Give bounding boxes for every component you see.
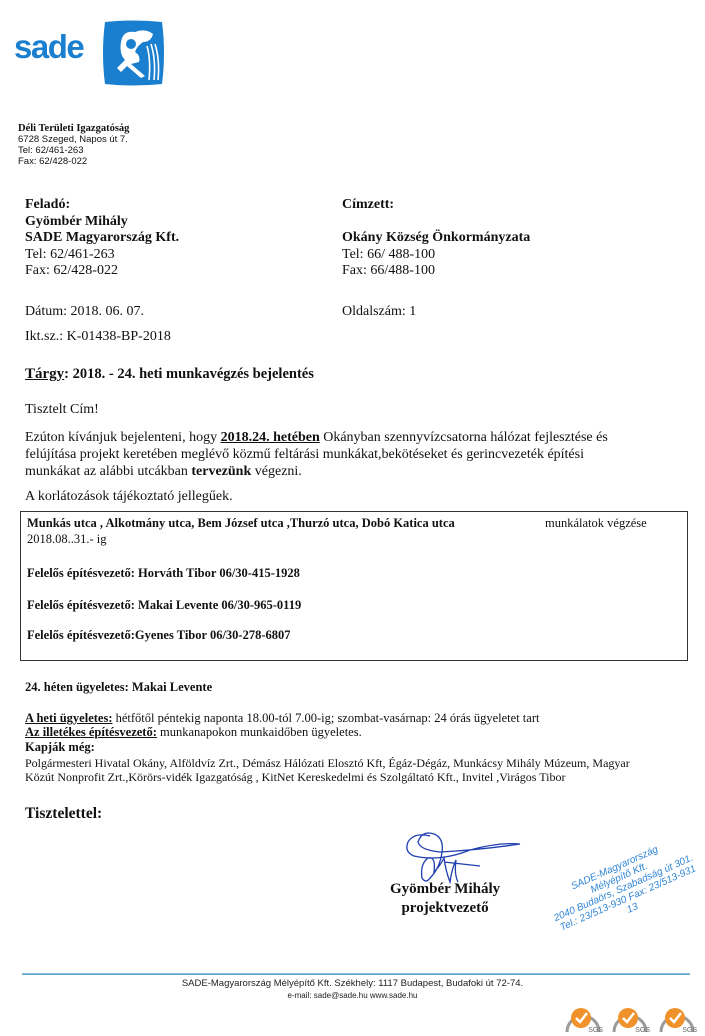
weekly-duty: A heti ügyeletes: hétfőtől péntekig napo… <box>25 711 705 725</box>
closing-salutation: Tisztelettel: <box>25 805 102 823</box>
weekly-duty-label: A heti ügyeletes: <box>25 711 112 725</box>
reference-number: Ikt.sz.: K-01438-BP-2018 <box>25 329 171 345</box>
intro-text-2: Okányban szennyvízcsatorna hálózat fejle… <box>320 430 608 445</box>
manager-duty: Az illetékes építésvezető: munkanapokon … <box>25 725 705 739</box>
greeting: Tisztelt Cím! <box>25 401 695 418</box>
cert-label: SGS <box>635 1027 650 1034</box>
work-label: munkálatok végzése <box>545 516 647 531</box>
cc-list: Polgármesteri Hivatal Okány, Alföldvíz Z… <box>25 756 705 784</box>
brand-wordmark: sade <box>14 28 83 66</box>
company-stamp: SADE-Magyarország Mélyépítő Kft. 2040 Bu… <box>500 850 700 950</box>
intro-week: 2018.24. hetében <box>221 430 320 445</box>
manager-duty-text: munkanapokon munkaidőben ügyeletes. <box>157 725 362 739</box>
recipient-block: Címzett: Okány Község Önkormányzata Tel:… <box>342 197 530 280</box>
site-manager-1: Felelős építésvezető: Horváth Tibor 06/3… <box>27 566 300 581</box>
sender-company: SADE Magyarország Kft. <box>25 230 179 247</box>
branch-fax: Fax: 62/428-022 <box>18 156 129 167</box>
work-details-box: Munkás utca , Alkotmány utca, Bem József… <box>20 511 688 661</box>
cc-line-1: Polgármesteri Hivatal Okány, Alföldvíz Z… <box>25 756 705 770</box>
subject-label: Tárgy <box>25 366 64 382</box>
site-manager-3: Felelős építésvezető:Gyenes Tibor 06/30-… <box>27 628 291 643</box>
sender-name: Gyömbér Mihály <box>25 214 179 231</box>
branch-name: Déli Területi Igazgatóság <box>18 123 129 134</box>
intro-line-3a: munkákat az alábbi utcákban <box>25 464 191 479</box>
street-list-line: Munkás utca , Alkotmány utca, Bem József… <box>27 516 687 531</box>
certification-badge-3: SGS <box>657 996 697 1034</box>
restriction-note: A korlátozások tájékoztató jellegűek. <box>25 488 695 505</box>
intro-paragraph: Ezúton kívánjuk bejelenteni, hogy 2018.2… <box>25 429 695 480</box>
sender-tel: Tel: 62/461-263 <box>25 247 179 264</box>
cert-label: SGS <box>682 1027 697 1034</box>
recipient-tel: Tel: 66/ 488-100 <box>342 247 530 264</box>
branch-address: 6728 Szeged, Napos út 7. <box>18 134 129 145</box>
cc-line-2: Közút Nonprofit Zrt.,Körörs-vidék Igazga… <box>25 770 705 784</box>
certification-badge-1: SGS <box>563 996 603 1034</box>
footer-divider <box>22 973 690 975</box>
certification-badge-2: SGS <box>610 996 650 1034</box>
recipient-label: Címzett: <box>342 197 530 214</box>
subject-line: Tárgy: 2018. - 24. heti munkavégzés beje… <box>25 366 314 383</box>
signer-block: Gyömbér Mihály projektvezető <box>390 880 500 918</box>
intro-line-3b: tervezünk <box>191 464 251 479</box>
water-carrier-logo-icon <box>101 20 166 86</box>
subject-text: : 2018. - 24. heti munkavégzés bejelenté… <box>64 366 314 382</box>
manager-duty-label: Az illetékes építésvezető: <box>25 725 157 739</box>
cc-label: Kapják még: <box>25 740 95 754</box>
intro-text-1: Ezúton kívánjuk bejelenteni, hogy <box>25 430 221 445</box>
week-on-call: 24. héten ügyeletes: Makai Levente <box>25 680 212 694</box>
sender-fax: Fax: 62/428-022 <box>25 263 179 280</box>
recipient-name: Okány Község Önkormányzata <box>342 230 530 247</box>
branch-tel: Tel: 62/461-263 <box>18 145 129 156</box>
recipient-fax: Fax: 66/488-100 <box>342 263 530 280</box>
weekly-duty-text: hétfőtől péntekig naponta 18.00-tól 7.00… <box>112 711 539 725</box>
branch-info: Déli Területi Igazgatóság 6728 Szeged, N… <box>18 123 129 167</box>
cert-label: SGS <box>588 1027 603 1034</box>
site-manager-2: Felelős építésvezető: Makai Levente 06/3… <box>27 598 301 613</box>
footer-company: SADE-Magyarország Mélyépítő Kft. Székhel… <box>0 978 705 989</box>
sender-block: Feladó: Gyömbér Mihály SADE Magyarország… <box>25 197 179 280</box>
sender-label: Feladó: <box>25 197 179 214</box>
page-number: Oldalszám: 1 <box>342 304 416 320</box>
signer-name: Gyömbér Mihály <box>390 880 500 899</box>
intro-line-3c: végezni. <box>251 464 302 479</box>
street-list: Munkás utca , Alkotmány utca, Bem József… <box>27 516 455 530</box>
signer-title: projektvezető <box>390 899 500 918</box>
intro-line-2: felújítása projekt keretében meglévő köz… <box>25 446 695 463</box>
document-date: Dátum: 2018. 06. 07. <box>25 304 144 320</box>
work-deadline: 2018.08..31.- ig <box>27 532 107 547</box>
